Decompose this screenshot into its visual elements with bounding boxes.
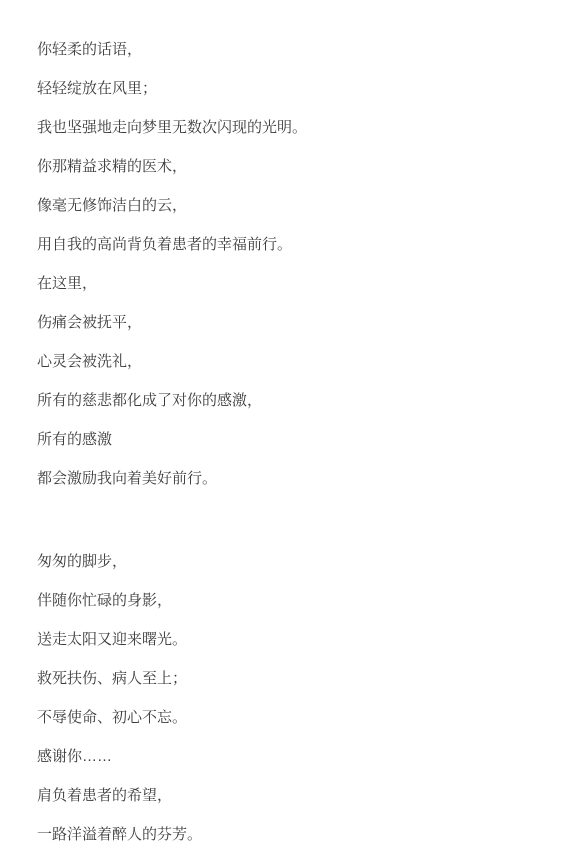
stanza-break [37, 509, 537, 527]
poem-line: 伴随你忙碌的身影， [37, 592, 537, 610]
poem-line: 所有的慈悲都化成了对你的感激， [37, 392, 537, 410]
poem-line: 不辱使命、初心不忘。 [37, 709, 537, 727]
poem-line: 肩负着患者的希望， [37, 787, 537, 805]
poem-line: 救死扶伤、病人至上； [37, 670, 537, 688]
poem-line: 用自我的高尚背负着患者的幸福前行。 [37, 236, 537, 254]
poem-line: 一路洋溢着醉人的芬芳。 [37, 826, 537, 844]
document-page: 你轻柔的话语， 轻轻绽放在风里； 我也坚强地走向梦里无数次闪现的光明。 你那精益… [0, 0, 567, 868]
poem-line: 所有的感激 [37, 431, 537, 449]
poem-line: 像毫无修饰洁白的云， [37, 197, 537, 215]
poem-line: 你轻柔的话语， [37, 41, 537, 59]
poem-line: 都会激励我向着美好前行。 [37, 470, 537, 488]
poem-line: 匆匆的脚步， [37, 553, 537, 571]
poem-line: 送走太阳又迎来曙光。 [37, 631, 537, 649]
poem-line: 轻轻绽放在风里； [37, 80, 537, 98]
poem-line: 我也坚强地走向梦里无数次闪现的光明。 [37, 119, 537, 137]
poem-line: 在这里， [37, 275, 537, 293]
poem-line: 感谢你…… [37, 748, 537, 766]
poem-line: 心灵会被洗礼， [37, 353, 537, 371]
poem-line: 伤痛会被抚平， [37, 314, 537, 332]
poem-line: 你那精益求精的医术， [37, 158, 537, 176]
